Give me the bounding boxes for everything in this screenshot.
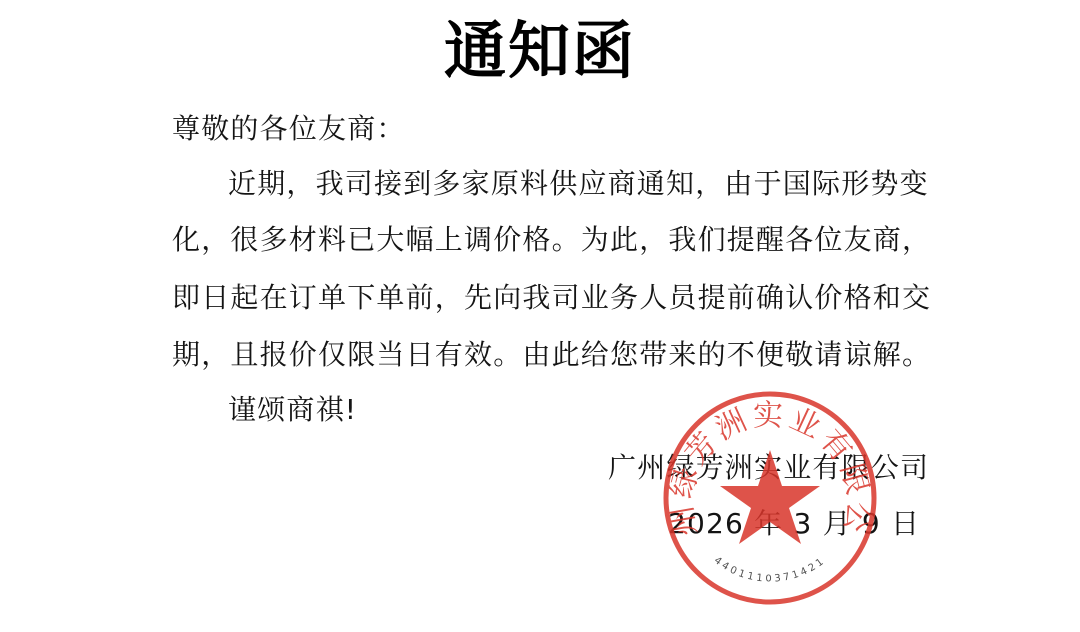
seal-number: 4401110371421 (712, 555, 828, 585)
svg-text:4401110371421: 4401110371421 (712, 555, 828, 585)
body-line-3: 即日起在订单下单前，先向我司业务人员提前确认价格和交 (172, 280, 931, 316)
salutation: 尊敬的各位友商： (172, 111, 406, 147)
closing-remark: 谨颂商祺! (228, 392, 357, 428)
body-line-2: 化，很多材料已大幅上调价格。为此，我们提醒各位友商， (172, 222, 931, 258)
signature-date: 2026 年 3 月 9 日 (668, 506, 920, 542)
signature-company: 广州绿芳洲实业有限公司 (608, 450, 929, 486)
company-seal: 广州绿芳洲实业有限公司 4401110371421 (660, 388, 880, 608)
body-line-4: 期，且报价仅限当日有效。由此给您带来的不便敬请谅解。 (172, 337, 931, 373)
notice-title: 通知函 (0, 10, 1080, 92)
body-line-1: 近期，我司接到多家原料供应商通知，由于国际形势变 (228, 166, 929, 202)
